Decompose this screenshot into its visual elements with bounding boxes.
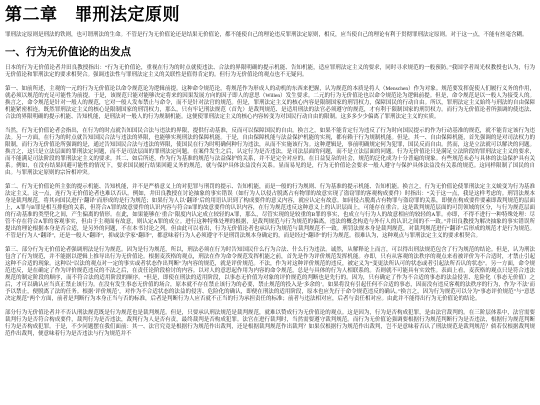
chapter-title: 第二章 罪刑法定原则 [5, 5, 535, 25]
body-paragraph-3: 当然，行为无价值论者会指出，在行为的时点就告知国民合法与违法的界限，提供行动基准… [5, 128, 535, 177]
body-paragraph-4: 第二、行为无价值论所主张的提示机能、告知机能，并不是严格意义上的对犯罪与刑罚的提… [5, 184, 535, 240]
body-paragraph-6: 部分行为无价值论者并不否认刑法规范既是行为规范也是裁判规范。但是，只要承认刑法规… [5, 310, 535, 338]
document-page: 第二章 罪刑法定原则 罪刑法定原则是刑法的铁则，也可谓刑法的生命。不管是行为无价… [0, 0, 540, 405]
body-paragraph-1: 日本的行为无价值论者井田良教授指出：“行为无价值论，重视在行为的时点就使违法、合… [5, 65, 535, 79]
section-heading: 一、行为无价值论的出发点 [5, 46, 535, 58]
body-paragraph-2: 第一、如前所述，主观的一元的行为无价值论以命令规范论为逻辑前提。这种命令规范论，… [5, 86, 535, 121]
intro-paragraph: 罪刑法定原则是刑法的铁则，也可谓刑法的生命。不管是行为无价值论还是结果无价值论，… [5, 32, 535, 39]
body-paragraph-5: 第三、部分行为无价值论者强调刑法是行为规范。因为是行为规范，所以，刑法必须在行为… [5, 247, 535, 303]
